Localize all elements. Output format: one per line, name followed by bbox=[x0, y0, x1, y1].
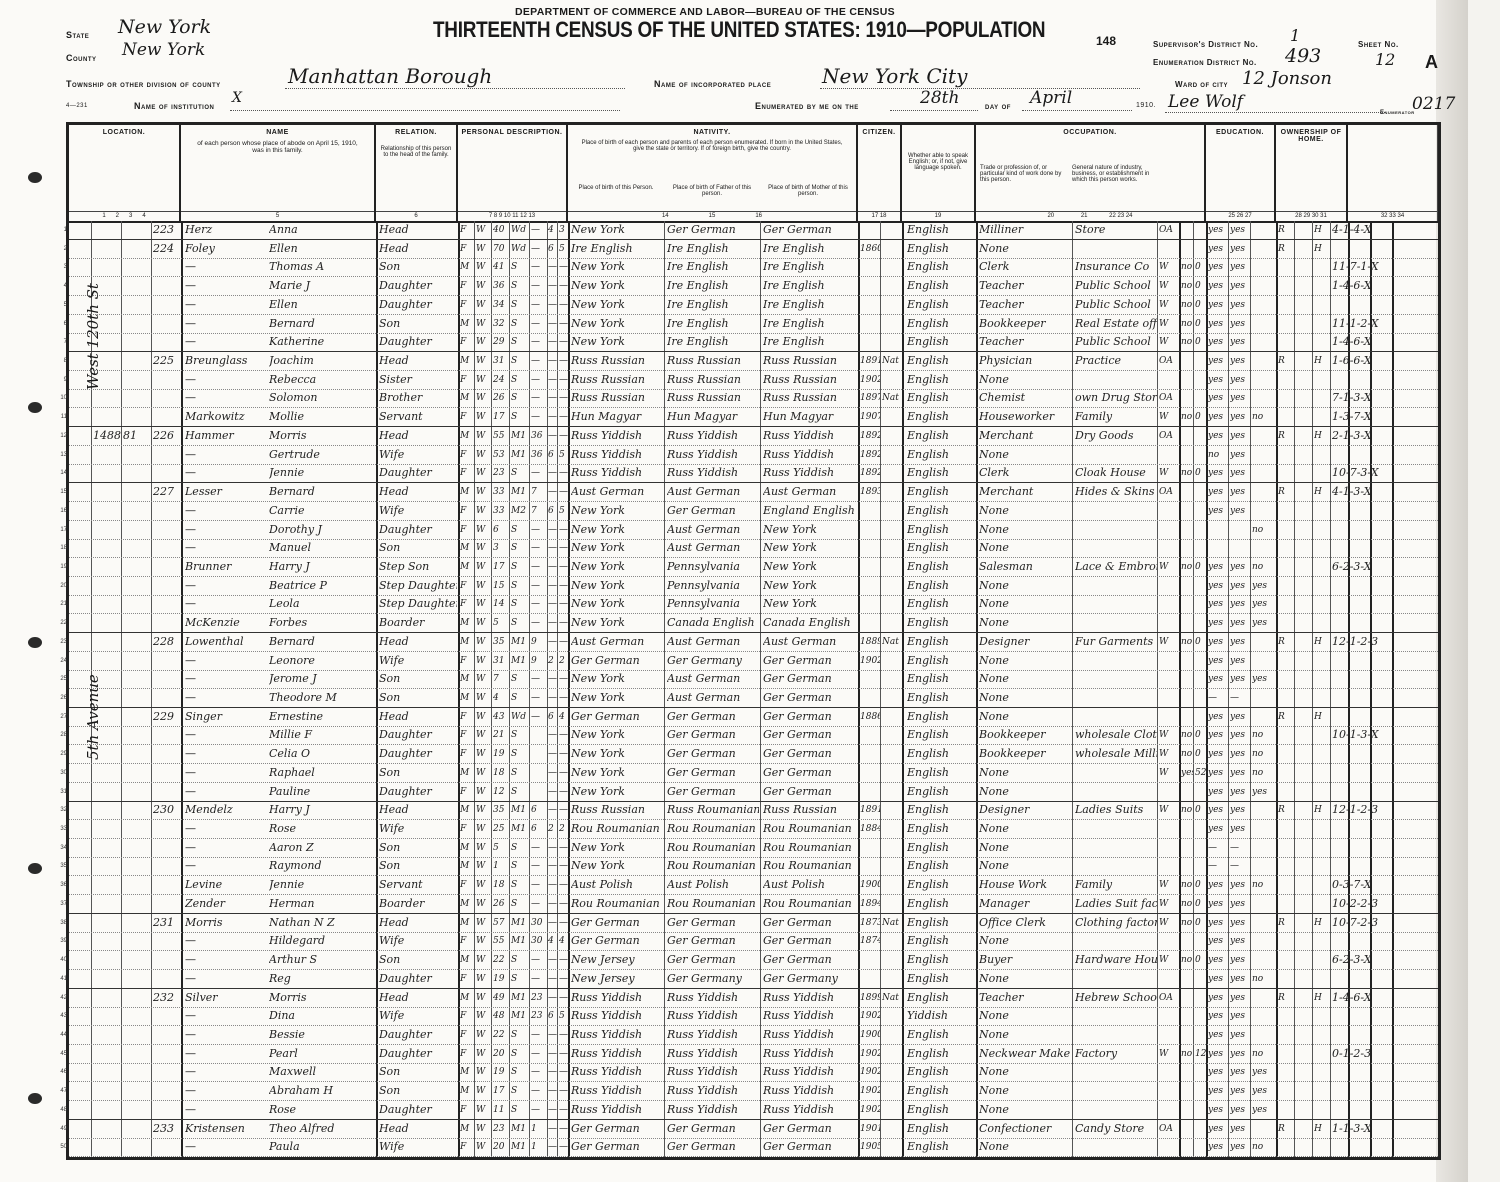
name-header: NAME of each person whose place of abode… bbox=[181, 125, 376, 221]
cell-age: 1 bbox=[493, 857, 509, 875]
cell-trade: None bbox=[979, 240, 1071, 258]
cell-race: W bbox=[476, 1082, 491, 1100]
cell-own: R bbox=[1278, 914, 1294, 932]
cell-living: — bbox=[559, 352, 568, 370]
cell-age: 22 bbox=[493, 951, 509, 969]
cell-family bbox=[153, 446, 181, 464]
cell-pob_m: Ger Germany bbox=[763, 970, 857, 988]
cell-fh: H bbox=[1314, 221, 1330, 239]
cell-nat bbox=[882, 745, 902, 763]
cell-trade: Confectioner bbox=[979, 1120, 1071, 1138]
cell-industry bbox=[1075, 689, 1157, 707]
cell-write: yes bbox=[1230, 296, 1250, 314]
cell-own bbox=[1278, 558, 1294, 576]
table-row: 42232SilverMorrisHeadMW49M123——Russ Yidd… bbox=[69, 989, 1438, 1008]
cell-wks bbox=[1195, 989, 1206, 1007]
cell-sched: 10-1-3-X bbox=[1332, 726, 1432, 744]
cell-nat bbox=[882, 427, 902, 445]
cell-own: R bbox=[1278, 989, 1294, 1007]
cell-sched bbox=[1332, 708, 1432, 726]
line-number: 50 bbox=[53, 1138, 67, 1156]
cell-school: no bbox=[1252, 408, 1274, 426]
cell-pob_f: Ire English bbox=[667, 258, 759, 276]
cell-pob_f: Pennsylvania bbox=[667, 558, 759, 576]
cell-given: Morris bbox=[269, 989, 373, 1007]
cell-pob_m: England English bbox=[763, 502, 857, 520]
cell-age: 19 bbox=[493, 1063, 509, 1081]
cell-fh bbox=[1314, 446, 1330, 464]
cell-write: yes bbox=[1230, 1063, 1250, 1081]
cell-read: yes bbox=[1208, 1138, 1228, 1156]
cell-trade: None bbox=[979, 689, 1071, 707]
cell-given: Gertrude bbox=[269, 446, 373, 464]
cell-age: 55 bbox=[493, 932, 509, 950]
cell-living: — bbox=[559, 521, 568, 539]
cell-pob_m: Ire English bbox=[763, 296, 857, 314]
cell-dwelling bbox=[123, 708, 151, 726]
cell-pob: Russ Yiddish bbox=[571, 1007, 663, 1025]
cell-own bbox=[1278, 970, 1294, 988]
cell-school: no bbox=[1252, 970, 1274, 988]
cell-living: — bbox=[559, 1026, 568, 1044]
sheet-letter: A bbox=[1425, 52, 1438, 73]
cell-lang: English bbox=[907, 258, 975, 276]
cell-sched: 1-6-6-X bbox=[1332, 352, 1432, 370]
cell-relation: Wife bbox=[379, 932, 457, 950]
cell-trade: None bbox=[979, 1063, 1071, 1081]
line-number: 44 bbox=[53, 1026, 67, 1044]
cell-sex: F bbox=[460, 446, 474, 464]
cell-lang: English bbox=[907, 989, 975, 1007]
cell-fh bbox=[1314, 670, 1330, 688]
cell-relation: Son bbox=[379, 1063, 457, 1081]
cell-nat bbox=[882, 857, 902, 875]
cell-family bbox=[153, 764, 181, 782]
ward-value: 12 Jonson bbox=[1242, 68, 1332, 89]
line-number: 45 bbox=[53, 1045, 67, 1063]
cell-surname: Lesser bbox=[185, 483, 267, 501]
cell-free bbox=[1296, 1026, 1312, 1044]
cell-out bbox=[1181, 1101, 1193, 1119]
cell-pob_f: Aust German bbox=[667, 483, 759, 501]
cell-given: Mollie bbox=[269, 408, 373, 426]
cell-given: Dorothy J bbox=[269, 521, 373, 539]
cell-free bbox=[1296, 1120, 1312, 1138]
cell-own bbox=[1278, 932, 1294, 950]
cell-dwelling bbox=[123, 558, 151, 576]
cell-write: yes bbox=[1230, 558, 1250, 576]
cell-out bbox=[1181, 1138, 1193, 1156]
cell-nat bbox=[882, 1082, 902, 1100]
cell-read: yes bbox=[1208, 240, 1228, 258]
cell-house bbox=[93, 1026, 121, 1044]
cell-nat bbox=[882, 333, 902, 351]
cell-lang: English bbox=[907, 277, 975, 295]
table-row: 37ZenderHermanBoarderMW26S———Rou Roumani… bbox=[69, 895, 1438, 914]
cell-read: yes bbox=[1208, 989, 1228, 1007]
cell-nat bbox=[882, 652, 902, 670]
cell-race: W bbox=[476, 577, 491, 595]
cell-industry: Cloak House bbox=[1075, 464, 1157, 482]
cell-school bbox=[1252, 914, 1274, 932]
cell-relation: Daughter bbox=[379, 783, 457, 801]
cell-age: 14 bbox=[493, 595, 509, 613]
cell-dwelling bbox=[123, 577, 151, 595]
cell-living: — bbox=[559, 427, 568, 445]
cell-family bbox=[153, 1045, 181, 1063]
cell-marital: S bbox=[511, 352, 529, 370]
cell-relation: Daughter bbox=[379, 726, 457, 744]
cell-sex: F bbox=[460, 464, 474, 482]
cell-own bbox=[1278, 726, 1294, 744]
cell-marital: S bbox=[511, 1101, 529, 1119]
cell-free bbox=[1296, 408, 1312, 426]
cell-dwelling bbox=[123, 652, 151, 670]
cell-pob_f: Ger German bbox=[667, 914, 759, 932]
cell-living: 5 bbox=[559, 240, 568, 258]
cell-school bbox=[1252, 221, 1274, 239]
cell-surname: Markowitz bbox=[185, 408, 267, 426]
cell-out: no bbox=[1181, 745, 1193, 763]
cell-race: W bbox=[476, 1007, 491, 1025]
cell-living: — bbox=[559, 539, 568, 557]
cell-marital: S bbox=[511, 689, 529, 707]
cell-surname: Levine bbox=[185, 876, 267, 894]
cell-pob_f: Russ Yiddish bbox=[667, 1026, 759, 1044]
cell-out bbox=[1181, 240, 1193, 258]
cell-born: — bbox=[548, 577, 557, 595]
cell-age: 5 bbox=[493, 614, 509, 632]
cell-out: no bbox=[1181, 633, 1193, 651]
cell-trade: Bookkeeper bbox=[979, 726, 1071, 744]
cell-living: 3 bbox=[559, 221, 568, 239]
table-row: 16—CarrieWifeFW33M2765New YorkGer German… bbox=[69, 502, 1438, 521]
cell-write: yes bbox=[1230, 315, 1250, 333]
cell-living: 5 bbox=[559, 502, 568, 520]
cell-imm: 1892 bbox=[860, 446, 880, 464]
cell-fh bbox=[1314, 389, 1330, 407]
cell-marital: M1 bbox=[511, 652, 529, 670]
cell-free bbox=[1296, 689, 1312, 707]
cell-born: 6 bbox=[548, 708, 557, 726]
cell-wks bbox=[1195, 389, 1206, 407]
cell-write: yes bbox=[1230, 333, 1250, 351]
cell-own bbox=[1278, 652, 1294, 670]
cell-wks bbox=[1195, 521, 1206, 539]
cell-imm: 1891 bbox=[860, 801, 880, 819]
cell-house bbox=[93, 595, 121, 613]
cell-relation: Daughter bbox=[379, 521, 457, 539]
cell-nat bbox=[882, 876, 902, 894]
cell-surname: — bbox=[185, 951, 267, 969]
cell-living: — bbox=[559, 951, 568, 969]
cell-dwelling bbox=[123, 296, 151, 314]
cell-trade: None bbox=[979, 857, 1071, 875]
cell-living: — bbox=[559, 333, 568, 351]
cell-read: yes bbox=[1208, 1045, 1228, 1063]
cell-own bbox=[1278, 783, 1294, 801]
cell-pob_f: Ger Germany bbox=[667, 970, 759, 988]
cell-read: yes bbox=[1208, 914, 1228, 932]
cell-dwelling bbox=[123, 614, 151, 632]
cell-school: no bbox=[1252, 1138, 1274, 1156]
cell-school bbox=[1252, 895, 1274, 913]
cell-school: no bbox=[1252, 876, 1274, 894]
cell-imm: 1886 bbox=[860, 708, 880, 726]
cell-pob_f: Aust German bbox=[667, 670, 759, 688]
cell-surname: — bbox=[185, 315, 267, 333]
cell-surname: — bbox=[185, 764, 267, 782]
cell-dwelling bbox=[123, 1026, 151, 1044]
cell-wks: 0 bbox=[1195, 333, 1206, 351]
cell-house bbox=[93, 502, 121, 520]
cell-sched bbox=[1332, 689, 1432, 707]
cell-family: 227 bbox=[153, 483, 181, 501]
cell-own: R bbox=[1278, 221, 1294, 239]
cell-relation: Daughter bbox=[379, 1101, 457, 1119]
cell-fh bbox=[1314, 970, 1330, 988]
cell-industry bbox=[1075, 708, 1157, 726]
cell-emp bbox=[1159, 446, 1179, 464]
cell-fh bbox=[1314, 652, 1330, 670]
cell-industry: Clothing factory bbox=[1075, 914, 1157, 932]
enumerator-rule bbox=[1165, 112, 1385, 113]
cell-race: W bbox=[476, 895, 491, 913]
table-row: 21—LeolaStep DaughterFW14S———New YorkPen… bbox=[69, 595, 1438, 614]
cell-free bbox=[1296, 333, 1312, 351]
cell-lang: English bbox=[907, 1063, 975, 1081]
cell-relation: Brother bbox=[379, 389, 457, 407]
cell-marital: S bbox=[511, 614, 529, 632]
cell-lang: English bbox=[907, 783, 975, 801]
cell-out: no bbox=[1181, 914, 1193, 932]
cell-out: no bbox=[1181, 333, 1193, 351]
cell-free bbox=[1296, 277, 1312, 295]
cell-industry: Insurance Co bbox=[1075, 258, 1157, 276]
cell-surname: Herz bbox=[185, 221, 267, 239]
cell-living: — bbox=[559, 577, 568, 595]
cell-trade: None bbox=[979, 1082, 1071, 1100]
cell-emp: W bbox=[1159, 558, 1179, 576]
cell-pob_f: Ger German bbox=[667, 764, 759, 782]
cell-emp bbox=[1159, 689, 1179, 707]
cell-out: no bbox=[1181, 876, 1193, 894]
cell-race: W bbox=[476, 539, 491, 557]
cell-out: no bbox=[1181, 258, 1193, 276]
cell-industry bbox=[1075, 1007, 1157, 1025]
cell-yrs: — bbox=[531, 1045, 547, 1063]
cell-dwelling bbox=[123, 464, 151, 482]
table-row: 49233KristensenTheo AlfredHeadMW23M11——G… bbox=[69, 1120, 1438, 1139]
cell-sex: M bbox=[460, 914, 474, 932]
cell-dwelling bbox=[123, 914, 151, 932]
cell-sex: F bbox=[460, 577, 474, 595]
cell-race: W bbox=[476, 857, 491, 875]
cell-relation: Daughter bbox=[379, 333, 457, 351]
cell-nat bbox=[882, 1063, 902, 1081]
cell-age: 57 bbox=[493, 914, 509, 932]
cell-trade: None bbox=[979, 652, 1071, 670]
cell-pob_m: Canada English bbox=[763, 614, 857, 632]
cell-lang: English bbox=[907, 689, 975, 707]
cell-surname: — bbox=[185, 258, 267, 276]
cell-sched: 10-2-2-3 bbox=[1332, 895, 1432, 913]
cell-born: — bbox=[548, 783, 557, 801]
cell-emp: OA bbox=[1159, 483, 1179, 501]
cell-own bbox=[1278, 539, 1294, 557]
cell-race: W bbox=[476, 689, 491, 707]
cell-trade: Milliner bbox=[979, 221, 1071, 239]
cell-lang: Yiddish bbox=[907, 1007, 975, 1025]
cell-race: W bbox=[476, 315, 491, 333]
cell-pob_f: Russ Russian bbox=[667, 352, 759, 370]
cell-house bbox=[93, 633, 121, 651]
cell-pob: Russ Yiddish bbox=[571, 464, 663, 482]
cell-trade: None bbox=[979, 820, 1071, 838]
cell-born: — bbox=[548, 539, 557, 557]
cell-marital: S bbox=[511, 839, 529, 857]
cell-marital: S bbox=[511, 558, 529, 576]
cell-race: W bbox=[476, 427, 491, 445]
cell-pob_f: Russ Yiddish bbox=[667, 1045, 759, 1063]
cell-out bbox=[1181, 389, 1193, 407]
cell-pob_f: Rou Roumanian bbox=[667, 857, 759, 875]
cell-wks bbox=[1195, 1138, 1206, 1156]
cell-marital: S bbox=[511, 1045, 529, 1063]
cell-pob_m: Russ Yiddish bbox=[763, 1026, 857, 1044]
cell-pob_m: Aust German bbox=[763, 483, 857, 501]
line-number: 23 bbox=[53, 633, 67, 651]
cell-pob_m: Russ Russian bbox=[763, 389, 857, 407]
cell-nat bbox=[882, 783, 902, 801]
cell-pob_m: Russ Yiddish bbox=[763, 1045, 857, 1063]
cell-imm: 1891 bbox=[860, 352, 880, 370]
cell-pob_f: Ger German bbox=[667, 726, 759, 744]
cell-free bbox=[1296, 745, 1312, 763]
table-row: 32230MendelzHarry JHeadMW35M16——Russ Rus… bbox=[69, 801, 1438, 820]
cell-emp: W bbox=[1159, 1045, 1179, 1063]
cell-yrs: — bbox=[531, 1101, 547, 1119]
cell-house bbox=[93, 446, 121, 464]
cell-industry bbox=[1075, 446, 1157, 464]
cell-pob: New York bbox=[571, 839, 663, 857]
cell-given: Rose bbox=[269, 1101, 373, 1119]
cell-sex: M bbox=[460, 1120, 474, 1138]
cell-sched bbox=[1332, 539, 1432, 557]
cell-trade: None bbox=[979, 614, 1071, 632]
cell-surname: — bbox=[185, 783, 267, 801]
cell-trade: Office Clerk bbox=[979, 914, 1071, 932]
cell-wks: 0 bbox=[1195, 296, 1206, 314]
cell-age: 17 bbox=[493, 1082, 509, 1100]
cell-fh bbox=[1314, 726, 1330, 744]
cell-out bbox=[1181, 857, 1193, 875]
cell-yrs: — bbox=[531, 352, 547, 370]
cell-wks: 0 bbox=[1195, 258, 1206, 276]
cell-born: — bbox=[548, 951, 557, 969]
cell-industry bbox=[1075, 1101, 1157, 1119]
cell-own bbox=[1278, 1045, 1294, 1063]
cell-pob_f: Aust German bbox=[667, 539, 759, 557]
cell-write: — bbox=[1230, 839, 1250, 857]
cell-sched bbox=[1332, 932, 1432, 950]
cell-sex: F bbox=[460, 652, 474, 670]
cell-free bbox=[1296, 371, 1312, 389]
cell-school: no bbox=[1252, 521, 1274, 539]
nativity-header: NATIVITY. Place of birth of each person … bbox=[568, 125, 858, 221]
cell-industry bbox=[1075, 783, 1157, 801]
extra-columns-header: 32 33 34 bbox=[1348, 125, 1438, 221]
institution-rule bbox=[230, 110, 620, 111]
township-value: Manhattan Borough bbox=[288, 64, 492, 88]
cell-born: — bbox=[548, 670, 557, 688]
cell-house bbox=[93, 483, 121, 501]
cell-pob_m: Ger German bbox=[763, 764, 857, 782]
cell-pob_f: Ire English bbox=[667, 296, 759, 314]
cell-free bbox=[1296, 221, 1312, 239]
cell-race: W bbox=[476, 1138, 491, 1156]
cell-pob_f: Ger German bbox=[667, 502, 759, 520]
cell-sched: 10-7-2-3 bbox=[1332, 914, 1432, 932]
cell-house bbox=[93, 783, 121, 801]
cell-industry: Dry Goods bbox=[1075, 427, 1157, 445]
cell-lang: English bbox=[907, 427, 975, 445]
cell-read: yes bbox=[1208, 258, 1228, 276]
cell-school bbox=[1252, 839, 1274, 857]
cell-free bbox=[1296, 820, 1312, 838]
cell-living: — bbox=[559, 745, 568, 763]
cell-industry bbox=[1075, 539, 1157, 557]
cell-sex: M bbox=[460, 895, 474, 913]
cell-school bbox=[1252, 296, 1274, 314]
cell-write: yes bbox=[1230, 427, 1250, 445]
cell-lang: English bbox=[907, 1138, 975, 1156]
cell-age: 29 bbox=[493, 333, 509, 351]
cell-emp: W bbox=[1159, 951, 1179, 969]
cell-nat bbox=[882, 726, 902, 744]
cell-imm bbox=[860, 277, 880, 295]
cell-living: — bbox=[559, 614, 568, 632]
cell-surname: — bbox=[185, 1045, 267, 1063]
cell-out bbox=[1181, 689, 1193, 707]
line-number: 35 bbox=[53, 857, 67, 875]
cell-family bbox=[153, 1063, 181, 1081]
cell-living: — bbox=[559, 1101, 568, 1119]
cell-own: R bbox=[1278, 427, 1294, 445]
cell-own bbox=[1278, 389, 1294, 407]
cell-emp bbox=[1159, 783, 1179, 801]
cell-write: yes bbox=[1230, 221, 1250, 239]
cell-pob: New York bbox=[571, 726, 663, 744]
cell-lang: English bbox=[907, 726, 975, 744]
cell-lang: English bbox=[907, 876, 975, 894]
table-row: 7—KatherineDaughterFW29S———New YorkIre E… bbox=[69, 333, 1438, 352]
cell-family: 229 bbox=[153, 708, 181, 726]
cell-born: — bbox=[548, 333, 557, 351]
cell-born: 4 bbox=[548, 221, 557, 239]
cell-born: — bbox=[548, 315, 557, 333]
cell-read: yes bbox=[1208, 408, 1228, 426]
ward-label: Ward of city bbox=[1175, 80, 1228, 89]
cell-trade: None bbox=[979, 371, 1071, 389]
cell-out bbox=[1181, 932, 1193, 950]
cell-family bbox=[153, 277, 181, 295]
cell-trade: Clerk bbox=[979, 258, 1071, 276]
cell-industry: Family bbox=[1075, 876, 1157, 894]
cell-age: 55 bbox=[493, 427, 509, 445]
cell-sched bbox=[1332, 970, 1432, 988]
cell-out bbox=[1181, 577, 1193, 595]
